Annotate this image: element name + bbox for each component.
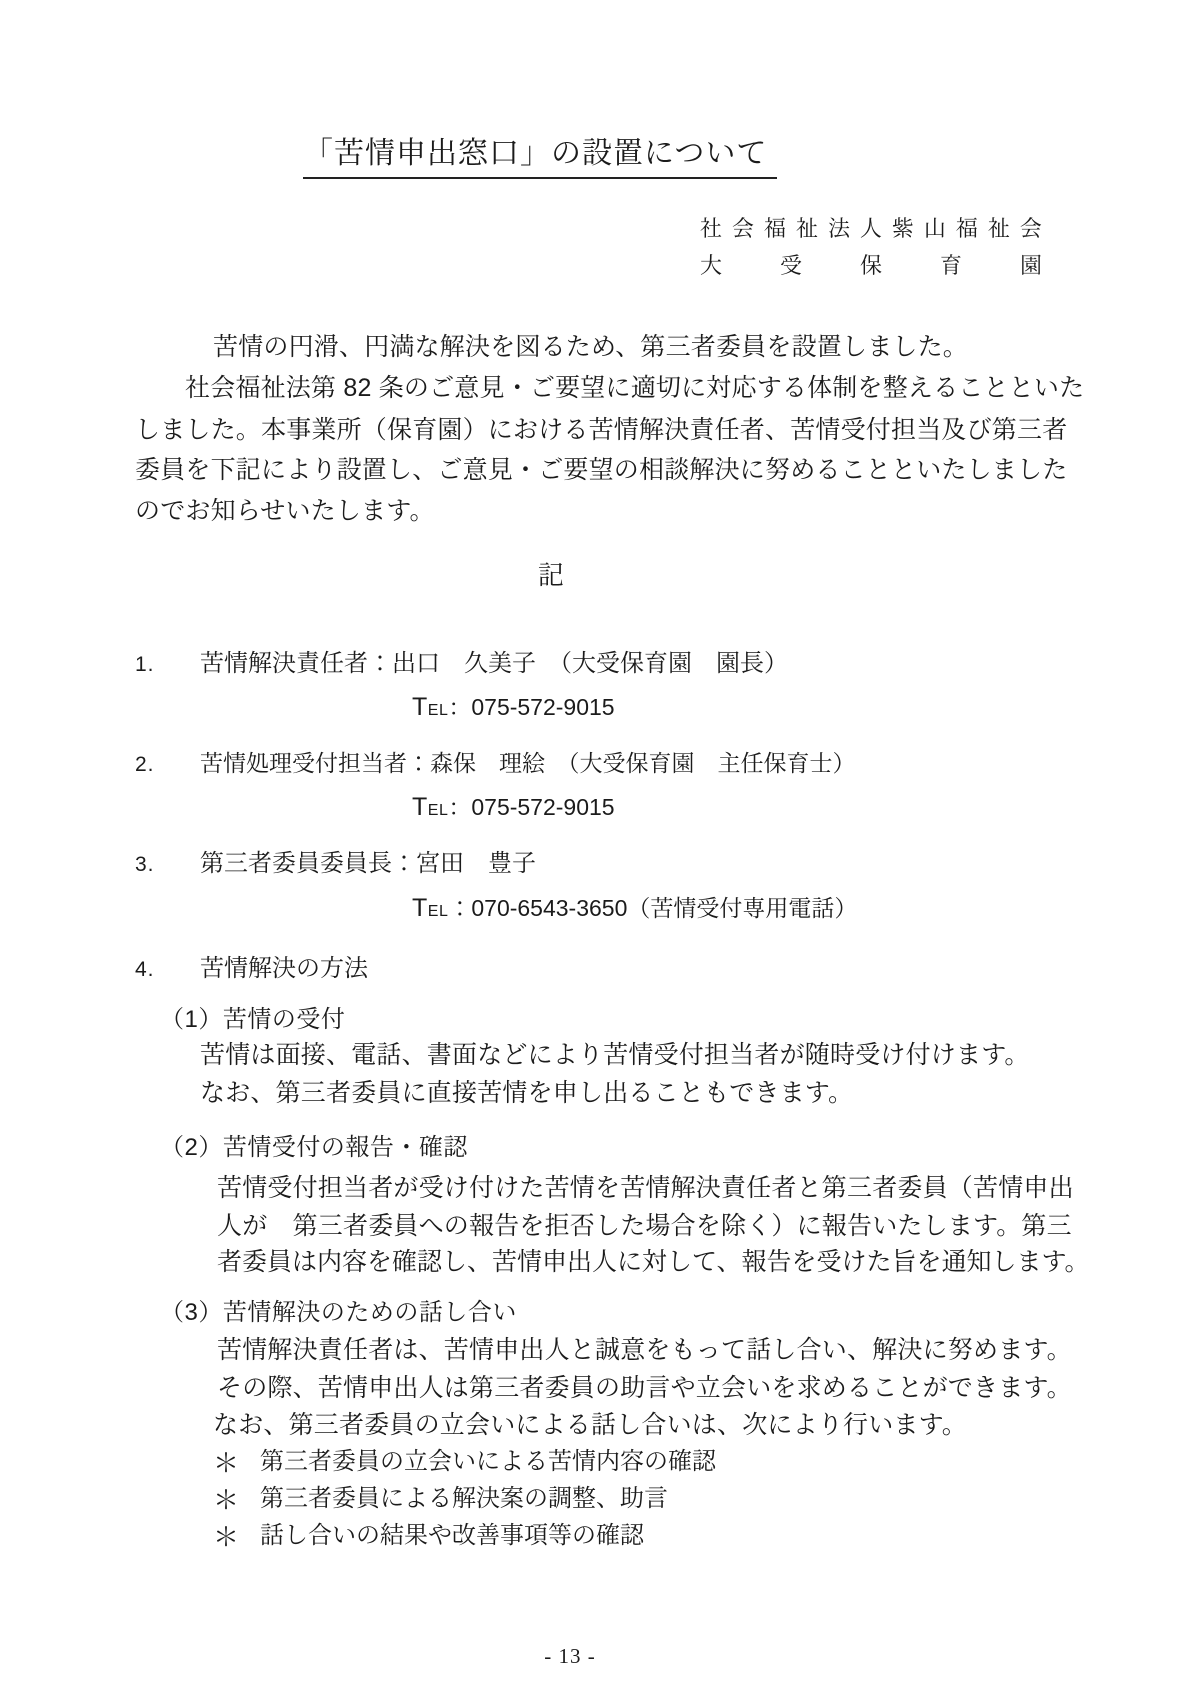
subsection-3-heading: （3）苦情解決のための話し合い bbox=[160, 1299, 517, 1327]
subsection-2-heading: （2）苦情受付の報告・確認 bbox=[160, 1134, 468, 1162]
list-item-2: 2. 苦情処理受付担当者：森保 理絵 （大受保育園 主任保育士） bbox=[135, 750, 856, 778]
item-text: 苦情処理受付担当者：森保 理絵 （大受保育園 主任保育士） bbox=[200, 750, 856, 778]
facility-name: 大受保育園 bbox=[700, 253, 1042, 279]
subsection-2-line: 苦情受付担当者が受け付けた苦情を苦情解決責任者と第三者委員（苦情申出 bbox=[217, 1174, 1074, 1204]
tel-number: ：075-572-9015 bbox=[448, 794, 614, 820]
subsection-2-line: 人が 第三者委員への報告を拒否した場合を除く）に報告いたします。第三 bbox=[217, 1212, 1072, 1242]
tel-number: ：070-6543-3650（苦情受付専用電話） bbox=[448, 895, 857, 921]
document-page: 「苦情申出窓口」の設置について 社会福祉法人紫山福祉会 大受保育園 苦情の円滑、… bbox=[0, 0, 1200, 1697]
asterisk-bullet-icon: ＊ bbox=[213, 1485, 260, 1516]
intro-line: しました。本事業所（保育園）における苦情解決責任者、苦情受付担当及び第三者 bbox=[135, 416, 1067, 446]
tel-number: ：075-572-9015 bbox=[448, 694, 614, 720]
intro-line: 社会福祉法第 82 条のご意見・ご要望に適切に対応する体制を整えることといた bbox=[135, 374, 1084, 404]
tel-line-2: TEL：075-572-9015 bbox=[412, 793, 615, 823]
list-item-1: 1. 苦情解決責任者：出口 久美子 （大受保育園 園長） bbox=[135, 650, 788, 678]
intro-line: 苦情の円滑、円満な解決を図るため、第三者委員を設置しました。 bbox=[135, 333, 968, 363]
bullet-item: ＊ 第三者委員の立会いによる苦情内容の確認 bbox=[213, 1448, 716, 1479]
subsection-1-line: 苦情は面接、電話、書面などにより苦情受付担当者が随時受け付けます。 bbox=[200, 1041, 1030, 1071]
item-number: 2. bbox=[135, 750, 200, 778]
bullet-text: 第三者委員による解決案の調整、助言 bbox=[260, 1485, 668, 1516]
asterisk-bullet-icon: ＊ bbox=[213, 1448, 260, 1479]
page-title: 「苦情申出窓口」の設置について bbox=[303, 136, 777, 179]
tel-line-1: TEL：075-572-9015 bbox=[412, 693, 615, 723]
bullet-item: ＊ 第三者委員による解決案の調整、助言 bbox=[213, 1485, 668, 1516]
item-number: 4. bbox=[135, 955, 200, 983]
item-text: 苦情解決責任者：出口 久美子 （大受保育園 園長） bbox=[200, 650, 788, 678]
item-text: 苦情解決の方法 bbox=[200, 955, 368, 983]
intro-line: 委員を下記により設置し、ご意見・ご要望の相談解決に努めることといたしました bbox=[135, 456, 1067, 486]
subsection-3-line: なお、第三者委員の立会いによる話し合いは、次により行います。 bbox=[213, 1411, 967, 1441]
subsection-1-heading: （1）苦情の受付 bbox=[160, 1006, 345, 1034]
item-number: 3. bbox=[135, 850, 200, 878]
tel-label: TEL bbox=[412, 894, 448, 924]
item-text: 第三者委員委員長：宮田 豊子 bbox=[200, 850, 536, 878]
list-item-3: 3. 第三者委員委員長：宮田 豊子 bbox=[135, 850, 536, 878]
bullet-text: 第三者委員の立会いによる苦情内容の確認 bbox=[260, 1448, 716, 1479]
subsection-2-line: 者委員は内容を確認し、苦情申出人に対して、報告を受けた旨を通知します。 bbox=[217, 1248, 1090, 1278]
page-number: - 13 - bbox=[0, 1644, 1140, 1669]
section-marker-ki: 記 bbox=[538, 560, 564, 591]
item-number: 1. bbox=[135, 650, 200, 678]
bullet-item: ＊ 話し合いの結果や改善事項等の確認 bbox=[213, 1522, 644, 1553]
subsection-3-line: その際、苦情申出人は第三者委員の助言や立会いを求めることができます。 bbox=[217, 1374, 1072, 1404]
intro-line: のでお知らせいたします。 bbox=[135, 497, 435, 527]
bullet-text: 話し合いの結果や改善事項等の確認 bbox=[260, 1522, 644, 1553]
organization-name: 社会福祉法人紫山福祉会 bbox=[700, 216, 1042, 242]
tel-label: TEL bbox=[412, 793, 448, 823]
tel-label: TEL bbox=[412, 693, 448, 723]
subsection-1-line: なお、第三者委員に直接苦情を申し出ることもできます。 bbox=[200, 1079, 853, 1109]
subsection-3-line: 苦情解決責任者は、苦情申出人と誠意をもって話し合い、解決に努めます。 bbox=[217, 1336, 1072, 1366]
signature-block: 社会福祉法人紫山福祉会 大受保育園 bbox=[700, 216, 1042, 296]
asterisk-bullet-icon: ＊ bbox=[213, 1522, 260, 1553]
tel-line-3: TEL：070-6543-3650（苦情受付専用電話） bbox=[412, 894, 857, 924]
list-item-4: 4. 苦情解決の方法 bbox=[135, 955, 368, 983]
